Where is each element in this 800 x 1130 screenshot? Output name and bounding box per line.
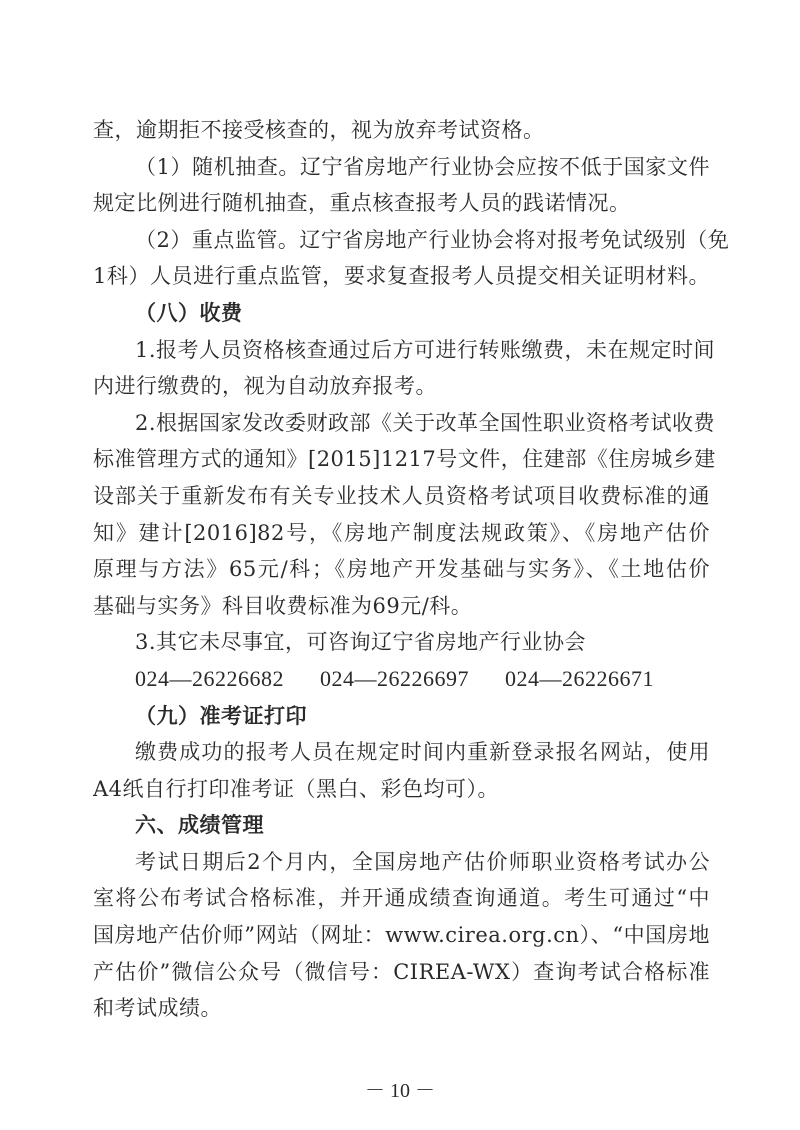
text-line: 原理与方法》65元/科；《房地产开发基础与实务》、《土地估价 bbox=[93, 551, 710, 588]
text-line: A4纸自行打印准考证（黑白、彩色均可）。 bbox=[93, 771, 710, 808]
text-line: 1科）人员进行重点监管，要求复查报考人员提交相关证明材料。 bbox=[93, 258, 710, 295]
text-line: 查，逾期拒不接受核查的，视为放弃考试资格。 bbox=[93, 112, 710, 149]
contact-phone-list: 024—26226682 024—26226697 024—26226671 bbox=[93, 661, 710, 698]
document-page: 查，逾期拒不接受核查的，视为放弃考试资格。 （1）随机抽查。辽宁省房地产行业协会… bbox=[93, 112, 710, 1027]
text-line: 和考试成绩。 bbox=[93, 990, 710, 1027]
text-line: 3.其它未尽事宜，可咨询辽宁省房地产行业协会 bbox=[93, 624, 710, 661]
phone-number: 024—26226682 bbox=[135, 661, 284, 698]
text-line: （2）重点监管。辽宁省房地产行业协会将对报考免试级别（免 bbox=[93, 222, 710, 259]
text-line: 1.报考人员资格核查通过后方可进行转账缴费，未在规定时间 bbox=[93, 332, 710, 369]
text-line: 室将公布考试合格标准，并开通成绩查询通道。考生可通过“中 bbox=[93, 880, 710, 917]
text-line: 知》建计[2016]82号，《房地产制度法规政策》、《房地产估价 bbox=[93, 515, 710, 552]
text-line: 考试日期后2个月内，全国房地产估价师职业资格考试办公 bbox=[93, 844, 710, 881]
text-line: 规定比例进行随机抽查，重点核查报考人员的践诺情况。 bbox=[93, 185, 710, 222]
section-heading-admission-ticket: （九）准考证打印 bbox=[93, 698, 710, 735]
text-line: （1）随机抽查。辽宁省房地产行业协会应按不低于国家文件 bbox=[93, 149, 710, 186]
text-line: 缴费成功的报考人员在规定时间内重新登录报名网站，使用 bbox=[93, 734, 710, 771]
page-number: － 10 － bbox=[0, 1074, 800, 1103]
section-heading-score-management: 六、成绩管理 bbox=[93, 807, 710, 844]
text-line: 内进行缴费的，视为自动放弃报考。 bbox=[93, 368, 710, 405]
text-line: 产估价”微信公众号（微信号：CIREA-WX）查询考试合格标准 bbox=[93, 954, 710, 991]
phone-number: 024—26226671 bbox=[505, 661, 654, 698]
text-line: 基础与实务》科目收费标准为69元/科。 bbox=[93, 588, 710, 625]
section-heading-fees: （八）收费 bbox=[93, 295, 710, 332]
text-line: 标准管理方式的通知》[2015]1217号文件，住建部《住房城乡建 bbox=[93, 441, 710, 478]
phone-number: 024—26226697 bbox=[320, 661, 469, 698]
text-line: 2.根据国家发改委财政部《关于改革全国性职业资格考试收费 bbox=[93, 405, 710, 442]
text-line: 设部关于重新发布有关专业技术人员资格考试项目收费标准的通 bbox=[93, 478, 710, 515]
text-line: 国房地产估价师”网站（网址：www.cirea.org.cn）、“中国房地 bbox=[93, 917, 710, 954]
